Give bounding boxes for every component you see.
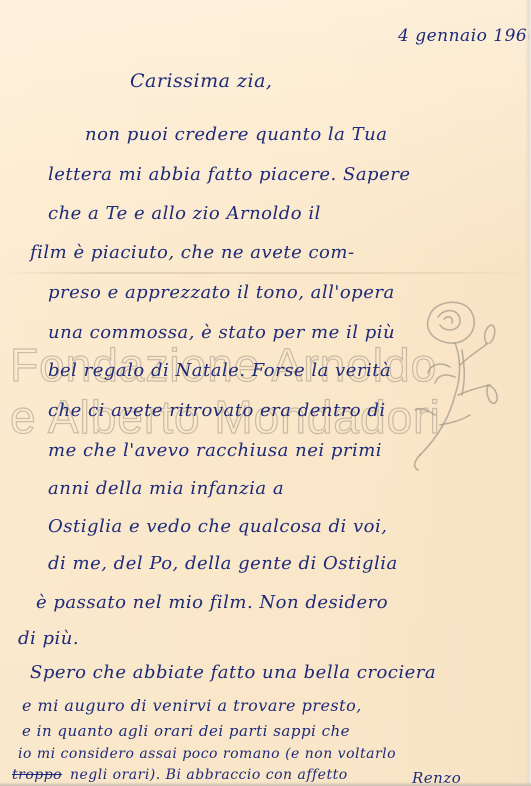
letter-line: anni della mia infanzia a: [48, 478, 284, 499]
letter-line: è passato nel mio film. Non desidero: [36, 592, 388, 613]
struck-word: troppo: [12, 767, 62, 783]
paper-fold-crease: [0, 272, 531, 274]
letter-line: di più.: [18, 628, 79, 649]
paper-right-edge: [525, 0, 531, 786]
letter-line: che ci avete ritrovato era dentro di: [48, 400, 386, 421]
letter-line: Spero che abbiate fatto una bella crocie…: [30, 662, 436, 683]
letter-line: Ostiglia e vedo che qualcosa di voi,: [48, 516, 388, 537]
letter-line: me che l'avevo racchiusa nei primi: [48, 440, 382, 461]
letter-line: io mi considero assai poco romano (e non…: [18, 746, 396, 762]
letter-line: e in quanto agli orari dei parti sappi c…: [22, 722, 350, 740]
letter-line: non puoi credere quanto la Tua: [85, 124, 387, 145]
letter-date: 4 gennaio 1960: [398, 26, 531, 46]
rose-icon: [400, 295, 531, 495]
letter-line: e mi auguro di venirvi a trovare presto,: [22, 696, 362, 715]
letter-line: di me, del Po, della gente di Ostiglia: [48, 553, 398, 574]
salutation: Carissima zia,: [130, 70, 272, 92]
letter-line: una commossa, è stato per me il più: [48, 322, 395, 343]
letter-line: negli orari). Bi abbraccio con affetto: [70, 767, 348, 783]
letter-line: che a Te e allo zio Arnoldo il: [48, 203, 321, 224]
closing-text: negli orari). Bi abbraccio con affetto: [70, 767, 348, 783]
letter-line: bel regalo di Natale. Forse la verità: [48, 360, 391, 381]
paper-bottom-edge: [0, 782, 531, 786]
letter-line: preso e apprezzato il tono, all'opera: [48, 282, 395, 303]
letter-line: film è piaciuto, che ne avete com-: [30, 242, 355, 263]
letter-page: Fondazione Arnoldo e Alberto Mondadori 4…: [0, 0, 531, 786]
letter-line: lettera mi abbia fatto piacere. Sapere: [48, 164, 410, 185]
letter-line-closing: troppo: [12, 767, 62, 783]
